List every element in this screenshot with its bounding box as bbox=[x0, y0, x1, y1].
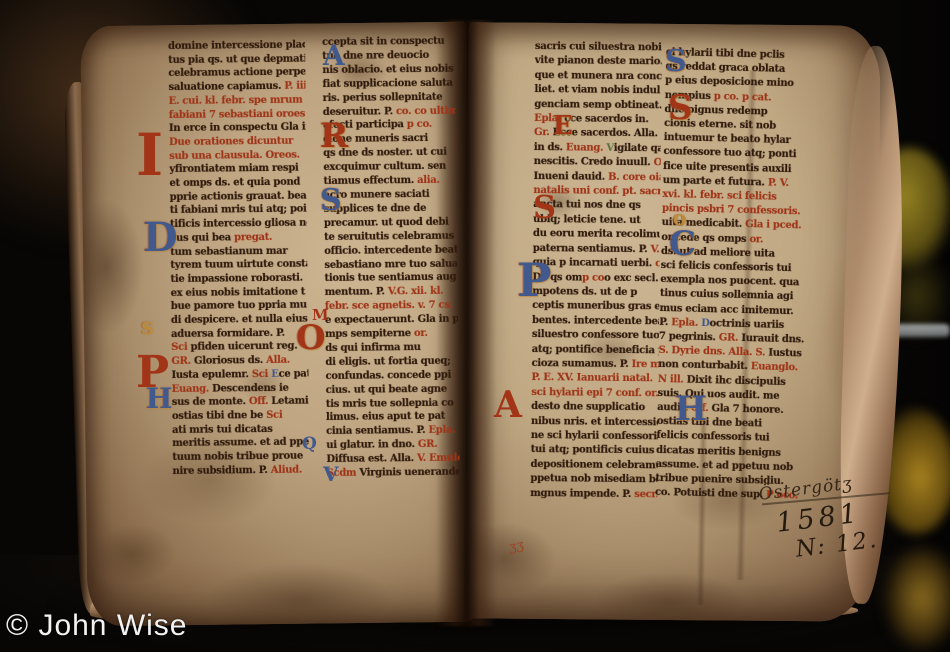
manuscript-text-line: et omps ds. et quia pond bbox=[169, 176, 306, 191]
illuminated-initial: S bbox=[141, 321, 153, 338]
manuscript-text-line: te seruitutis celebramus bbox=[324, 229, 457, 244]
illuminated-initial: Q bbox=[302, 436, 317, 453]
manuscript-text-line: Iusta epulemr. Sci Ece pat. bbox=[171, 367, 308, 382]
manuscript-text-line: sacris cui siluestra nobis bbox=[535, 40, 662, 56]
manuscript-text-line: acro munere saciati bbox=[324, 188, 457, 203]
manuscript-text-line: Diffusa est. Alla. V. Emulor. bbox=[326, 452, 459, 467]
illuminated-initial: R bbox=[320, 119, 348, 153]
manuscript-text-line: Due orationes dicuntur bbox=[169, 134, 306, 149]
manuscript-text-line: ds qui infirma mu bbox=[325, 341, 458, 356]
manuscript-text-line: fabiani 7 sebastiani oroes. bbox=[169, 107, 306, 122]
manuscript-text-line: limus. eius aput te pat bbox=[326, 410, 459, 425]
manuscript-text-line: meritis assume. et ad ppe bbox=[172, 436, 309, 451]
illuminated-initial: H bbox=[146, 385, 172, 413]
manuscript-text-line: tui atq; pontificis cuius bbox=[531, 443, 658, 459]
manuscript-text-line: eus qui bea pregat. bbox=[170, 230, 307, 245]
manuscript-text-line: febr. sce agnetis. v. 7 cs. bbox=[325, 299, 458, 314]
manuscript-text-line: E. cui. kl. febr. spe mrum bbox=[169, 93, 306, 108]
manuscript-text-line: celebramus actione perpetua bbox=[168, 66, 305, 81]
manuscript-text-line: tuum nobis tribue proue bbox=[172, 450, 309, 465]
illuminated-initial: O bbox=[296, 321, 326, 355]
manuscript-text-line: precamur. ut quod debi bbox=[324, 215, 457, 230]
manuscript-text-line: domine intercessione placa bbox=[168, 39, 305, 54]
illuminated-initial: H bbox=[675, 392, 707, 426]
red-marginalia-mark: ʒʒ bbox=[508, 538, 525, 556]
illuminated-initial: A bbox=[494, 387, 522, 423]
manuscript-text-line: P. E. XV. Ianuarii natal. bbox=[531, 371, 658, 387]
manuscript-text-line: di eligis. ut fortia queq; bbox=[325, 354, 458, 369]
manuscript-text-line: Inueni dauid. B. core oia in bbox=[533, 170, 660, 186]
manuscript-text-line: cius. ut qui beate agne bbox=[326, 382, 459, 397]
manuscript-text-line: tie impassione roborasti. bbox=[170, 272, 307, 287]
manuscript-text-line: Scdm Virginis uenerande. de. bbox=[327, 466, 460, 481]
illuminated-initial: I bbox=[136, 126, 163, 184]
manuscript-text-line: fiat supplicacione saluta bbox=[322, 76, 455, 91]
illuminated-initial: A bbox=[323, 42, 345, 70]
manuscript-text-line: tus pia qs. ut que depmati bbox=[168, 52, 305, 67]
manuscript-text-line: Sci pfiden uicerunt reg. bbox=[171, 340, 308, 355]
illuminated-initial: V bbox=[323, 464, 339, 484]
manuscript-text-line: depositionem celebramus. bbox=[530, 458, 657, 474]
illuminated-initial: S bbox=[320, 186, 342, 216]
manuscript-text-line: e expectauerunt. Gla in pce. bbox=[325, 313, 458, 328]
manuscript-text-line: liet. et viam nobis indul bbox=[534, 83, 661, 99]
manuscript-text-line: ostias tibi dne be Sci bbox=[172, 409, 309, 424]
manuscript-text-line: mgnus impende. P. secr. bbox=[530, 487, 657, 503]
illuminated-initial: C bbox=[669, 227, 696, 261]
manuscript-text-line: ppetua nob misediam be bbox=[530, 472, 657, 488]
gold-vessel-base-glow bbox=[886, 548, 950, 648]
illuminated-initial: D bbox=[143, 218, 178, 258]
illuminated-initial: E bbox=[553, 113, 573, 139]
photographer-watermark: © John Wise bbox=[6, 609, 188, 643]
manuscript-text-line: ex eius nobis imitatione t bbox=[171, 285, 308, 300]
manuscript-text-line: in ds. Euang. Vigilate qa bbox=[534, 141, 661, 157]
manuscript-text-line: ris. perius sollepnitate bbox=[323, 90, 456, 105]
manuscript-text-line: ti fabiani mris tui atq; poi bbox=[170, 203, 307, 218]
manuscript-column-left-2: ccepta sit in conspectutuo dne nre deuoc… bbox=[322, 35, 460, 481]
manuscript-text-line: In erce in conspectu Gla in pce. bbox=[169, 121, 306, 136]
illuminated-initial: P bbox=[517, 257, 552, 303]
manuscript-text-line: desto dne supplicatio bbox=[531, 400, 658, 416]
illuminated-initial: S bbox=[665, 47, 687, 77]
illuminated-initial: S bbox=[668, 91, 693, 125]
manuscript-text-line: ati mris tui dicatas bbox=[172, 422, 309, 437]
manuscript-text-line: atq; pontifice beneficia po bbox=[532, 343, 659, 359]
manuscript-text-line: tyrem tuum uirtute consta bbox=[170, 258, 307, 273]
manuscript-text-line: vite pianon deste mario. bbox=[535, 54, 662, 70]
manuscript-text-line: confundas. concede ppi bbox=[325, 368, 458, 383]
manuscript-text-line: que et munera nra conci bbox=[535, 69, 662, 85]
manuscript-text-line: Euang. Descendens ie bbox=[172, 381, 309, 396]
manuscript-text-line: tiamus effectum. alia. bbox=[323, 174, 456, 189]
manuscript-text-line: sci hylarii epi 7 conf. or. bbox=[531, 386, 658, 402]
illuminated-initial: S bbox=[533, 191, 556, 223]
manuscript-text-line: GR. Gloriosus ds. Alla. bbox=[171, 354, 308, 369]
manuscript-text-line: supplices te dne de bbox=[324, 201, 457, 216]
manuscript-text-line: tum sebastianum mar bbox=[170, 244, 307, 259]
manuscript-photo: domine intercessione placatus pia qs. ut… bbox=[0, 0, 950, 652]
manuscript-text-line: bue pamore tuo ppria mu bbox=[171, 299, 308, 314]
manuscript-text-line: nibus nris. et intercessio bbox=[531, 415, 658, 431]
manuscript-text-line: sus de monte. Off. Letamini. bbox=[172, 395, 309, 410]
manuscript-text-line: siluestro confessore tuo bbox=[532, 328, 659, 344]
manuscript-text-line: tionis tue sentiamus aug bbox=[324, 271, 457, 286]
manuscript-text-line: ui glatur. in dno. GR. bbox=[326, 438, 459, 453]
manuscript-text-line: pprie actionis grauat. bea bbox=[170, 189, 307, 204]
manuscript-text-line: excquimur cultum. sen bbox=[323, 160, 456, 175]
manuscript-text-line: ne sci hylarii confessoris bbox=[531, 429, 658, 445]
manuscript-text-line: du eoru merita recolimus bbox=[533, 227, 660, 243]
manuscript-text-line: nire subsidium. P. Aliud. bbox=[172, 463, 309, 478]
manuscript-text-line: aduersa formidare. P. bbox=[171, 326, 308, 341]
manuscript-text-line: sebastiano mre tuo salua bbox=[324, 257, 457, 272]
manuscript-column-left-1: domine intercessione placatus pia qs. ut… bbox=[168, 39, 310, 479]
manuscript-text-line: tis mris tue sollepnia co bbox=[326, 396, 459, 411]
manuscript-text-line: saluatione capiamus. P. iiii. bbox=[168, 80, 305, 95]
manuscript-text-line: cioza sumamus. P. Ire milla. bbox=[532, 357, 659, 373]
manuscript-text-line: mps sempiterne or. bbox=[325, 327, 458, 342]
manuscript-text-line: mentum. P. V.G. xii. kl. bbox=[325, 285, 458, 300]
manuscript-text-line: di despicere. et nulla eius bbox=[171, 313, 308, 328]
manuscript-text-line: officio. intercedente beato bbox=[324, 243, 457, 258]
manuscript-text-line: tificis intercessio gliosa nos bbox=[170, 217, 307, 232]
manuscript-text-line: yfirontiatem miam respi bbox=[169, 162, 306, 177]
manuscript-text-line: cinia sentiamus. P. Epla. bbox=[326, 424, 459, 439]
manuscript-text-line: bentes. intercedente beato bbox=[532, 314, 659, 330]
manuscript-text-line: nescitis. Credo inuull. Off. bbox=[534, 155, 661, 171]
manuscript-text-line: sub una clausula. Oreos. bbox=[169, 148, 306, 163]
